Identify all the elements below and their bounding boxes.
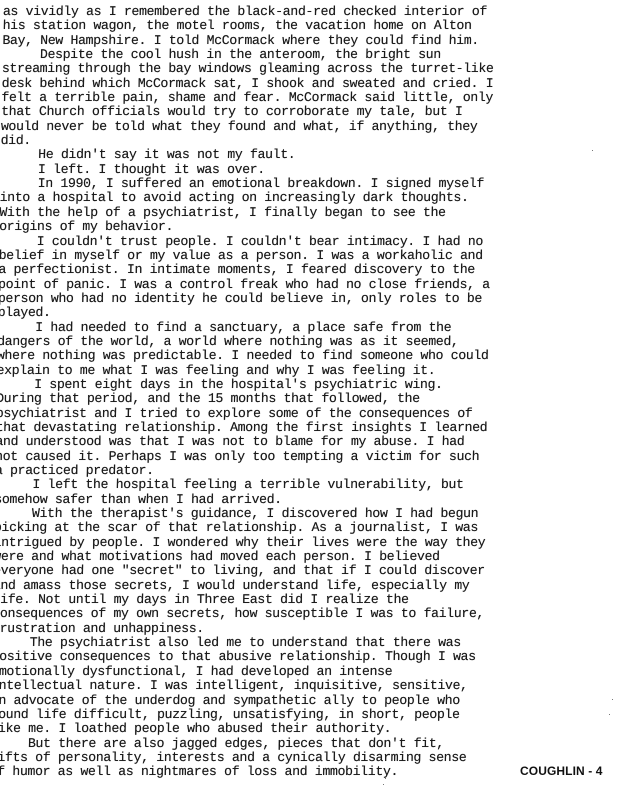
text-line: would never be told what they found and …	[1, 120, 621, 134]
text-line: that Church officials would try to corro…	[1, 105, 621, 119]
text-line: intellectual nature. I was intelligent, …	[0, 679, 611, 693]
text-line: I spent eight days in the hospital's psy…	[0, 378, 616, 392]
text-line: person who had no identity he could beli…	[0, 292, 618, 306]
scan-speck	[609, 714, 610, 715]
text-line: psychiatrist and I tried to explore some…	[0, 407, 616, 421]
text-line: explain to me what I was feeling and why…	[0, 364, 617, 378]
text-line: a perfectionist. In intimate moments, I …	[0, 263, 618, 277]
text-line: where nothing was predictable. I needed …	[0, 349, 617, 363]
text-line: life. Not until my days in Three East di…	[0, 593, 613, 607]
text-line: But there are also jagged edges, pieces …	[0, 737, 610, 751]
text-line: During that period, and the 15 months th…	[0, 392, 616, 406]
text-line: positive consequences to that abusive re…	[0, 650, 612, 664]
text-line: I couldn't trust people. I couldn't bear…	[0, 235, 619, 249]
text-line: desk behind which McCormack sat, I shook…	[1, 77, 621, 91]
text-line: somehow safer than when I had arrived.	[0, 493, 614, 507]
body-text: as vividly as I remembered the black-and…	[0, 5, 623, 780]
text-line: With the help of a psychiatrist, I final…	[0, 206, 619, 220]
text-line: With the therapist's guidance, I discove…	[0, 507, 614, 521]
text-line: consequences of my own secrets, how susc…	[0, 607, 612, 621]
text-line: streaming through the bay windows gleami…	[2, 62, 622, 76]
scan-speck	[383, 784, 384, 785]
text-line: In 1990, I suffered an emotional breakdo…	[0, 177, 620, 191]
text-line: a practiced predator.	[0, 464, 615, 478]
text-line: emotionally dysfunctional, I had develop…	[0, 665, 611, 679]
text-line: The psychiatrist also led me to understa…	[0, 636, 612, 650]
text-line: and amass those secrets, I would underst…	[0, 579, 613, 593]
text-line: He didn't say it was not my fault.	[0, 148, 620, 162]
text-line: intrigued by people. I wondered why thei…	[0, 536, 614, 550]
text-line: I had needed to find a sanctuary, a plac…	[0, 321, 617, 335]
text-line: an advocate of the underdog and sympathe…	[0, 694, 611, 708]
text-line: origins of my behavior.	[0, 220, 619, 234]
text-line: belief in myself or my value as a person…	[0, 249, 619, 263]
scan-speck	[592, 150, 593, 151]
text-line: as vividly as I remembered the black-and…	[3, 5, 623, 19]
text-line: I left. I thought it was over.	[0, 163, 620, 177]
text-line: and understood was that I was not to bla…	[0, 435, 615, 449]
document-page: as vividly as I remembered the black-and…	[0, 0, 626, 792]
text-line: did.	[0, 134, 620, 148]
text-line: picking at the scar of that relationship…	[0, 521, 614, 535]
text-line: everyone had one "secret" to living, and…	[0, 564, 613, 578]
text-line: his station wagon, the motel rooms, the …	[2, 19, 622, 33]
text-line: not caused it. Perhaps I was only too te…	[0, 450, 615, 464]
text-line: felt a terrible pain, shame and fear. Mc…	[1, 91, 621, 105]
text-line: that devastating relationship. Among the…	[0, 421, 616, 435]
text-line: found life difficult, puzzling, unsatisf…	[0, 708, 611, 722]
text-line: point of panic. I was a control freak wh…	[0, 278, 618, 292]
text-line: of humor as well as nightmares of loss a…	[0, 765, 610, 779]
text-line: frustration and unhappiness.	[0, 622, 612, 636]
text-line: I left the hospital feeling a terrible v…	[0, 478, 615, 492]
text-line: gifts of personality, interests and a cy…	[0, 751, 610, 765]
page-footer: COUGHLIN - 4	[520, 764, 603, 778]
text-line: dangers of the world, a world where noth…	[0, 335, 617, 349]
text-line: played.	[0, 306, 618, 320]
scan-speck	[385, 778, 386, 779]
text-line: Bay, New Hampshire. I told McCormack whe…	[2, 34, 622, 48]
scan-speck	[612, 699, 613, 700]
text-line: were and what motivations had moved each…	[0, 550, 613, 564]
text-line: Despite the cool hush in the anteroom, t…	[2, 48, 622, 62]
text-line: like me. I loathed people who abused the…	[0, 722, 610, 736]
text-line: into a hospital to avoid acting on incre…	[0, 191, 620, 205]
